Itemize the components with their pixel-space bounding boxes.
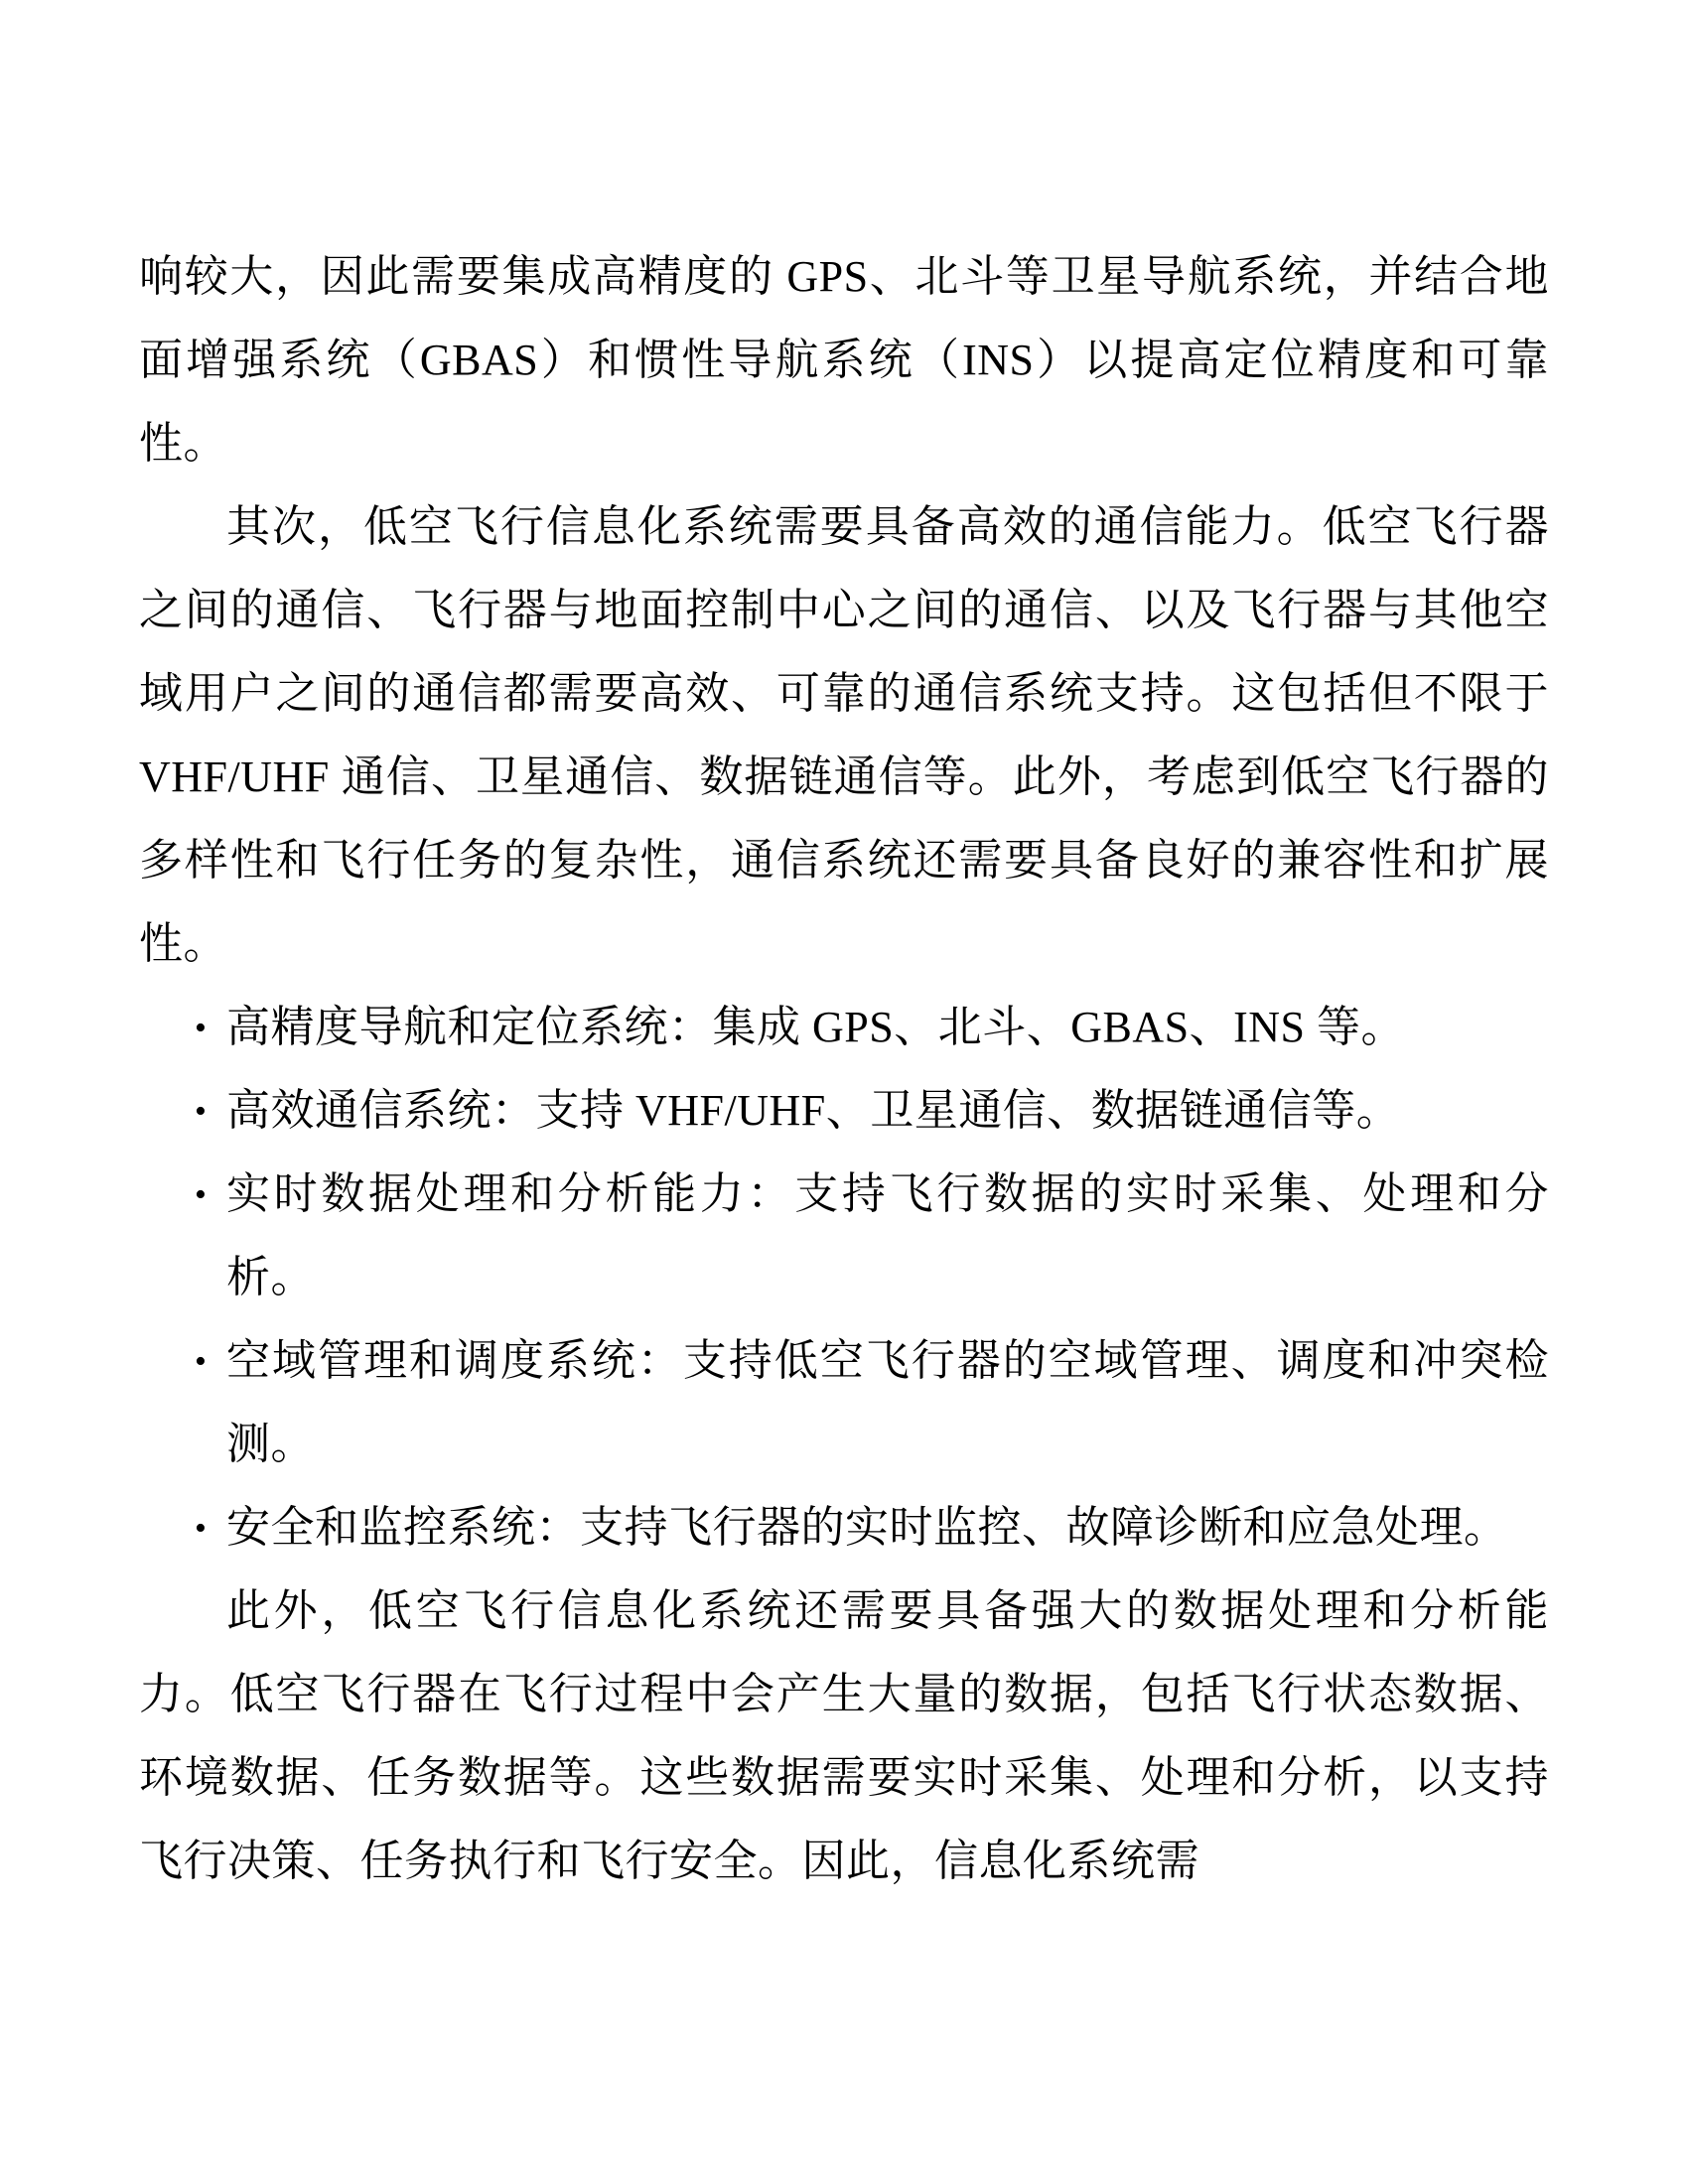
bullet-item-communication: • 高效通信系统：支持 VHF/UHF、卫星通信、数据链通信等。 xyxy=(139,1069,1549,1153)
bullet-marker-icon: • xyxy=(195,1487,207,1570)
bullet-marker-icon: • xyxy=(195,1154,207,1237)
paragraph-communication: 其次，低空飞行信息化系统需要具备高效的通信能力。低空飞行器之间的通信、飞行器与地… xyxy=(139,485,1549,986)
bullet-item-airspace-management: • 空域管理和调度系统：支持低空飞行器的空域管理、调度和冲突检测。 xyxy=(139,1319,1549,1486)
bullet-item-navigation: • 高精度导航和定位系统：集成 GPS、北斗、GBAS、INS 等。 xyxy=(139,986,1549,1069)
bullet-list: • 高精度导航和定位系统：集成 GPS、北斗、GBAS、INS 等。 • 高效通… xyxy=(139,986,1549,1570)
bullet-item-text: 安全和监控系统：支持飞行器的实时监控、故障诊断和应急处理。 xyxy=(226,1503,1508,1552)
bullet-item-text: 高精度导航和定位系统：集成 GPS、北斗、GBAS、INS 等。 xyxy=(226,1003,1405,1051)
bullet-item-safety-monitoring: • 安全和监控系统：支持飞行器的实时监控、故障诊断和应急处理。 xyxy=(139,1486,1549,1570)
bullet-item-text: 实时数据处理和分析能力：支持飞行数据的实时采集、处理和分析。 xyxy=(226,1169,1549,1301)
paragraph-continued: 响较大，因此需要集成高精度的 GPS、北斗等卫星导航系统，并结合地面增强系统（G… xyxy=(139,235,1549,485)
bullet-item-text: 空域管理和调度系统：支持低空飞行器的空域管理、调度和冲突检测。 xyxy=(226,1336,1549,1468)
bullet-marker-icon: • xyxy=(195,1320,207,1404)
bullet-marker-icon: • xyxy=(195,987,207,1070)
bullet-marker-icon: • xyxy=(195,1070,207,1154)
bullet-item-text: 高效通信系统：支持 VHF/UHF、卫星通信、数据链通信等。 xyxy=(226,1086,1400,1135)
paragraph-data-analysis: 此外，低空飞行信息化系统还需要具备强大的数据处理和分析能力。低空飞行器在飞行过程… xyxy=(139,1570,1549,1903)
document-page: 响较大，因此需要集成高精度的 GPS、北斗等卫星导航系统，并结合地面增强系统（G… xyxy=(0,0,1688,2184)
bullet-item-data-processing: • 实时数据处理和分析能力：支持飞行数据的实时采集、处理和分析。 xyxy=(139,1153,1549,1319)
